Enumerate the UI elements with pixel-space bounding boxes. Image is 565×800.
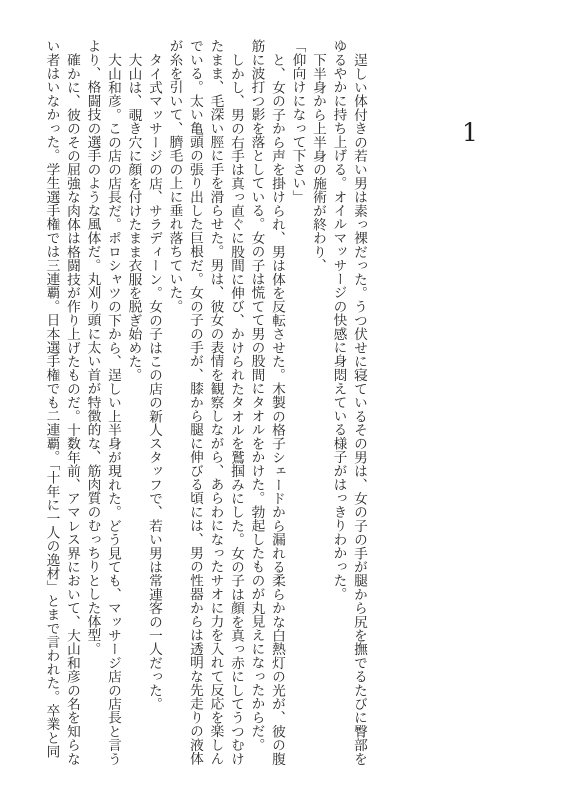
text-line: たまま、毛深い脛に手を滑らせた。男は、彼女の表情を観察しながら、あらわになったサ… — [205, 39, 226, 781]
text-line: より、格闘技の選手のような風体だ。丸刈り頭に太い首が特徴的な、筋肉質のむっちりと… — [82, 39, 103, 781]
novel-page: 1 逞しい体付きの若い男は素っ裸だった。うつ伏せに寝ているその男は、女の子の手が… — [0, 0, 565, 800]
text-line: 筋に波打つ影を落としている。女の子は慌てて男の股間にタオルをかけた。勃起したもの… — [246, 39, 267, 781]
vertical-text-block: 逞しい体付きの若い男は素っ裸だった。うつ伏せに寝ているその男は、女の子の手が腿か… — [41, 39, 369, 781]
text-line: 大山和彦。この店の店長だ。ポロシャツの下から、逞しい上半身が現れた。どう見ても、… — [103, 39, 124, 781]
text-line: 「仰向けになって下さい」 — [287, 39, 308, 781]
text-line: しかし、男の右手は真っ直ぐに股間に伸び、かけられたタオルを鷲掴みにした。女の子は… — [226, 39, 247, 781]
text-line: ゆるやかに持ち上げる。オイルマッサージの快感に身悶えている様子がはっきりわかった… — [328, 39, 349, 781]
text-line: 大山は、覗き穴に顔を付けたまま衣服を脱ぎ始めた。 — [123, 39, 144, 781]
text-line: 確かに、彼のその屈強な肉体は格闘技が作り上げたものだ。十数年前、アマレス界におい… — [62, 39, 83, 781]
text-line: でいる。太い亀頭の張り出した巨根だ。女の子の手が、膝から腿に伸びる頃には、男の性… — [185, 39, 206, 781]
text-line: タイ式マッサージの店、サラディーン。女の子はこの店の新人スタッフで、若い男は常連… — [144, 39, 165, 781]
text-line: と、女の子から声を掛けられ、男は体を反転させた。木製の格子シェードから漏れる柔ら… — [267, 39, 288, 781]
chapter-number: 1 — [443, 119, 497, 148]
text-line: が糸を引いて、臍毛の上に垂れ落ちていた。 — [164, 39, 185, 781]
text-line: 下半身から上半身の施術が終わり、 — [308, 39, 329, 781]
text-line: 逞しい体付きの若い男は素っ裸だった。うつ伏せに寝ているその男は、女の子の手が腿か… — [349, 39, 370, 781]
text-line: い者はいなかった。学生選手権では三連覇。日本選手権でも二連覇。「十年に一人の逸材… — [41, 39, 62, 781]
